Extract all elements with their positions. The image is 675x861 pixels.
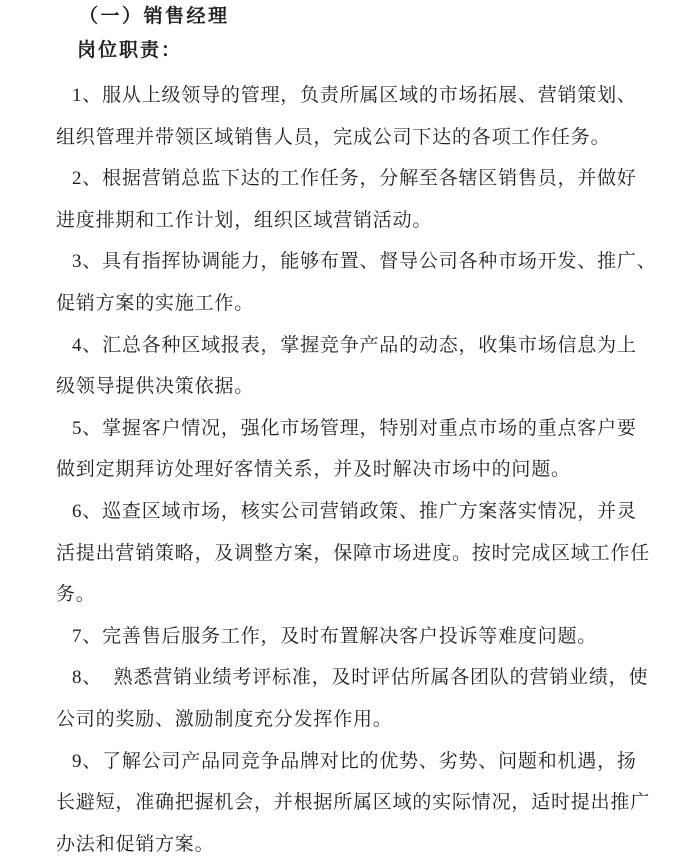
paragraph-line: 7、完善售后服务工作，及时布置解决客户投诉等难度问题。 — [56, 616, 636, 658]
paragraph-line: 级领导提供决策依据。 — [56, 366, 636, 408]
duty-paragraph: 1、服从上级领导的管理，负责所属区域的市场拓展、营销策划、组织管理并带领区域销售… — [56, 75, 636, 158]
duty-paragraph: 5、掌握客户情况，强化市场管理，特别对重点市场的重点客户要做到定期拜访处理好客情… — [56, 408, 636, 491]
paragraph-line: 促销方案的实施工作。 — [56, 283, 636, 325]
duty-paragraph: 8、 熟悉营销业绩考评标准，及时评估所属各团队的营销业绩，使公司的奖励、激励制度… — [56, 657, 636, 740]
paragraph-line: 4、汇总各种区域报表，掌握竞争产品的动态，收集市场信息为上 — [56, 325, 636, 367]
paragraph-line: 2、根据营销总监下达的工作任务，分解至各辖区销售员，并做好 — [56, 158, 636, 200]
paragraph-line: 活提出营销策略，及调整方案，保障市场进度。按时完成区域工作任 — [56, 533, 636, 575]
duty-paragraph: 6、巡查区域市场，核实公司营销政策、推广方案落实情况，并灵活提出营销策略，及调整… — [56, 491, 636, 616]
paragraph-line: 3、具有指挥协调能力，能够布置、督导公司各种市场开发、推广、 — [56, 241, 636, 283]
duty-paragraph: 4、汇总各种区域报表，掌握竞争产品的动态，收集市场信息为上级领导提供决策依据。 — [56, 325, 636, 408]
duty-paragraph: 7、完善售后服务工作，及时布置解决客户投诉等难度问题。 — [56, 616, 636, 658]
paragraph-line: 进度排期和工作计划，组织区域营销活动。 — [56, 200, 636, 242]
paragraph-line: 6、巡查区域市场，核实公司营销政策、推广方案落实情况，并灵 — [56, 491, 636, 533]
document-page: （一）销售经理 岗位职责： 1、服从上级领导的管理，负责所属区域的市场拓展、营销… — [0, 0, 675, 861]
paragraph-list: 1、服从上级领导的管理，负责所属区域的市场拓展、营销策划、组织管理并带领区域销售… — [56, 75, 636, 861]
paragraph-line: 1、服从上级领导的管理，负责所属区域的市场拓展、营销策划、 — [56, 75, 636, 117]
paragraph-line: 公司的奖励、激励制度充分发挥作用。 — [56, 699, 636, 741]
paragraph-line: 组织管理并带领区域销售人员，完成公司下达的各项工作任务。 — [56, 117, 636, 159]
paragraph-line: 务。 — [56, 574, 636, 616]
paragraph-line: 长避短，准确把握机会，并根据所属区域的实际情况，适时提出推广 — [56, 782, 636, 824]
duty-paragraph: 3、具有指挥协调能力，能够布置、督导公司各种市场开发、推广、促销方案的实施工作。 — [56, 241, 636, 324]
paragraph-line: 8、 熟悉营销业绩考评标准，及时评估所属各团队的营销业绩，使 — [56, 657, 636, 699]
paragraph-line: 9、了解公司产品同竞争品牌对比的优势、劣势、问题和机遇，扬 — [56, 741, 636, 783]
duties-subheading: 岗位职责： — [56, 41, 636, 61]
paragraph-line: 办法和促销方案。 — [56, 824, 636, 861]
paragraph-line: 5、掌握客户情况，强化市场管理，特别对重点市场的重点客户要 — [56, 408, 636, 450]
section-heading: （一）销售经理 — [56, 7, 636, 27]
paragraph-line: 做到定期拜访处理好客情关系，并及时解决市场中的问题。 — [56, 449, 636, 491]
duty-paragraph: 2、根据营销总监下达的工作任务，分解至各辖区销售员，并做好进度排期和工作计划，组… — [56, 158, 636, 241]
duty-paragraph: 9、了解公司产品同竞争品牌对比的优势、劣势、问题和机遇，扬长避短，准确把握机会，… — [56, 741, 636, 861]
